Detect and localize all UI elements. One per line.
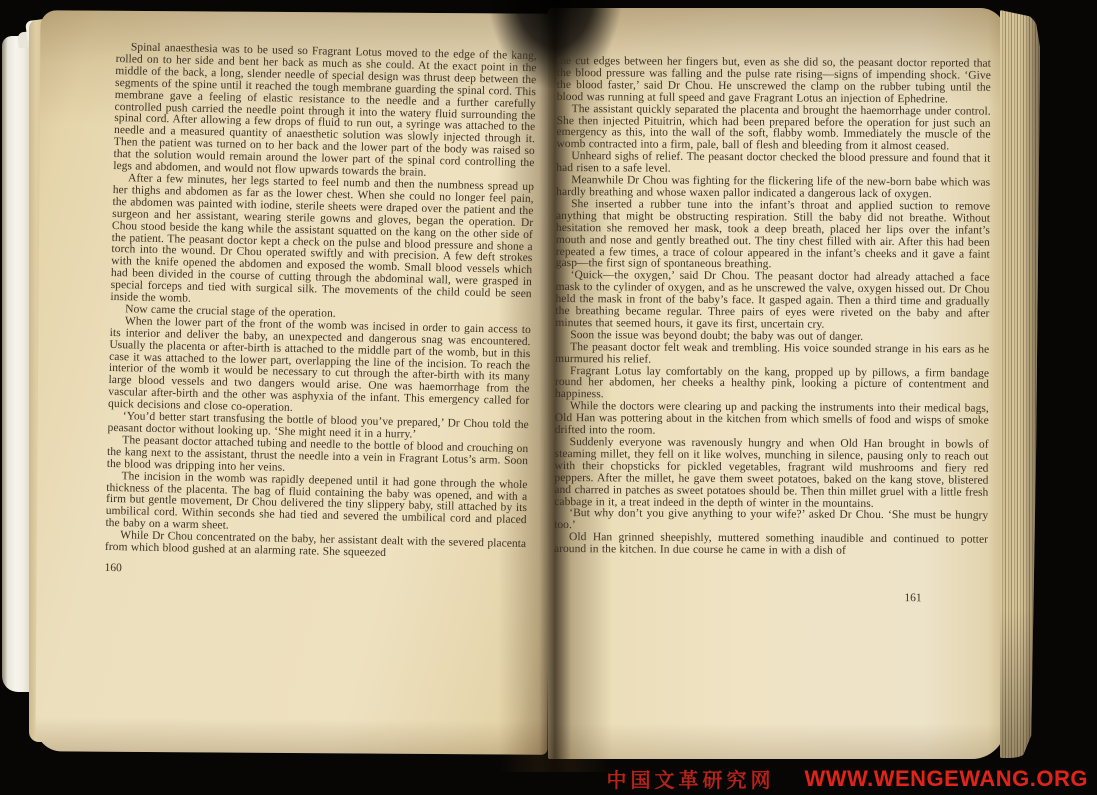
- paragraph: Fragrant Lotus lay comfortably on the ka…: [555, 366, 989, 404]
- fore-edge-page-stack: [1000, 10, 1040, 758]
- watermark-site-url: WWW.WENGEWANG.ORG: [805, 766, 1088, 792]
- paragraph: The peasant doctor felt weak and trembli…: [555, 342, 989, 368]
- paragraph: Old Han grinned sheepishly, muttered som…: [554, 532, 988, 558]
- book-scan-photo: Spinal anaesthesia was to be used so Fra…: [0, 0, 1097, 795]
- paragraph: Spinal anaesthesia was to be used so Fra…: [113, 42, 537, 182]
- paragraph: The assistant quickly separated the plac…: [556, 104, 990, 154]
- paragraph: While the doctors were clearing up and p…: [555, 401, 989, 439]
- right-page-text: the cut edges between her fingers but, e…: [554, 56, 991, 605]
- left-page-text: Spinal anaesthesia was to be used so Fra…: [104, 42, 537, 583]
- watermark: 中国文革研究网 WWW.WENGEWANG.ORG: [607, 764, 1088, 793]
- paragraph: When the lower part of the front of the …: [108, 316, 531, 420]
- watermark-site-name: 中国文革研究网: [607, 764, 775, 793]
- paragraph: After a few minutes, her legs started to…: [110, 173, 534, 313]
- paragraph: Suddenly everyone was ravenously hungry …: [554, 437, 988, 511]
- paragraph: the cut edges between her fingers but, e…: [557, 56, 991, 106]
- paragraph: ‘Quick—the oxygen,’ said Dr Chou. The pe…: [555, 270, 989, 332]
- paragraph: She inserted a rubber tune into the infa…: [556, 199, 990, 273]
- paragraph: The incision in the womb was rapidly dee…: [105, 471, 527, 540]
